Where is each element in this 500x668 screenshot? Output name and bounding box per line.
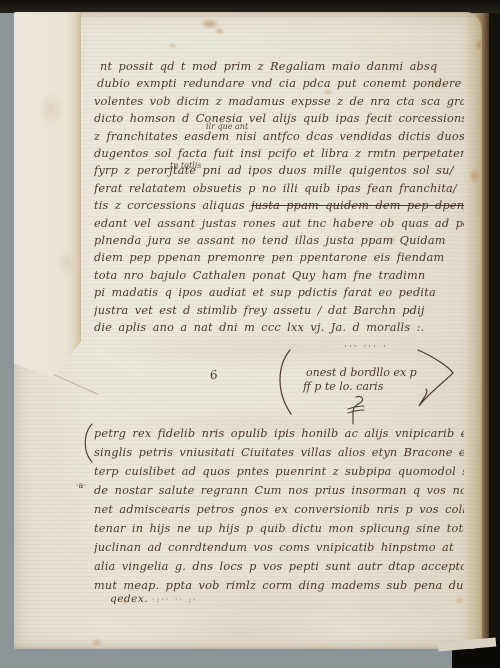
manuscript-line: juclinan ad conrdtendum vos coms vnipica… xyxy=(94,538,464,557)
signature-line-1: onest d bordllo ex p xyxy=(306,366,417,379)
manuscript-line: terp cuislibet ad quos pntes puenrint z … xyxy=(94,462,464,481)
manuscript-line: alia vingelia g. dns locs p vos pepti su… xyxy=(94,557,464,576)
manuscript-line: de nostar salute regrann Cum nos prius i… xyxy=(94,481,464,500)
manuscript-line: tota nro bajulo Cathalen ponat Quy ham f… xyxy=(94,267,464,284)
page-edge-toning xyxy=(14,12,481,19)
manuscript-line: diem pep ppenan premonre pen ppentarone … xyxy=(94,249,464,266)
foxing-spot xyxy=(474,38,482,52)
foxing-spot xyxy=(468,168,481,184)
struck-through-text: justa ppam quidem dem pep dpen xyxy=(251,199,464,212)
water-stain xyxy=(38,92,64,126)
manuscript-line: pi madatis q ipos audiat et sup pdictis … xyxy=(94,284,464,301)
binding-board-right xyxy=(489,0,500,668)
manuscript-page: nt possit qd t mod prim z Regaliam maio … xyxy=(14,12,482,649)
foxing-spot xyxy=(454,596,465,605)
interlinear-note: ilr que ant xyxy=(206,122,248,131)
manuscript-line: plnenda jura se assant no tend illas jus… xyxy=(94,232,464,249)
marginal-note: ·a· xyxy=(76,481,86,490)
manuscript-line: justra vet est d stimlib frey assetu / d… xyxy=(94,302,464,319)
manuscript-line: nt possit qd t mod prim z Regaliam maio … xyxy=(94,58,464,75)
manuscript-line: dicto homson d Conesia vel alijs quib ip… xyxy=(94,110,464,127)
photo-of-manuscript: { "manuscript": { "block1": { "lines": [… xyxy=(0,0,500,668)
manuscript-line: petrg rex fidelib nris opulib ipis honil… xyxy=(94,424,464,443)
foxing-spot xyxy=(214,27,225,35)
interlinear-note: tn totlis xyxy=(170,161,201,170)
manuscript-line: tis z corcessions aliquas justa ppam qui… xyxy=(94,197,464,214)
foxing-spot xyxy=(298,644,344,649)
underleaf-edge xyxy=(14,12,81,378)
manuscript-line: edant vel assant justas rones aut tnc ha… xyxy=(94,215,464,232)
foxing-spot xyxy=(168,42,177,49)
manuscript-line: z franchitates easdem nisi antfco dcas v… xyxy=(94,128,464,145)
right-bracket-mark xyxy=(414,346,458,410)
text-block-1: nt possit qd t mod prim z Regaliam maio … xyxy=(94,58,464,337)
manuscript-line: net admiscearis petros gnos ex conversio… xyxy=(94,500,464,519)
manuscript-line: fyrp z perorjtate pni ad ipos duos mille… xyxy=(94,162,464,179)
text-block-2: petrg rex fidelib nris opulib ipis honil… xyxy=(94,424,464,595)
left-paren-mark xyxy=(272,348,294,416)
opening-paren-mark xyxy=(80,422,94,464)
ink-speckles: ·:·· ·· :· xyxy=(152,595,198,604)
dotted-mark: ··· ··· · xyxy=(344,342,388,352)
page-crease xyxy=(54,374,98,394)
paraph-mark xyxy=(344,394,368,426)
signature-line-2: ff p te lo. caris xyxy=(303,380,383,393)
manuscript-line: die aplis ano a nat dni m ccc lxx vj. Ja… xyxy=(94,319,464,336)
closing-line: qedex. ·:·· ·· :· xyxy=(110,593,198,605)
foxing-spot xyxy=(90,638,104,647)
closing-word: qedex. xyxy=(110,593,148,605)
manuscript-line: volentes vob dicim z madamus expsse z de… xyxy=(94,93,464,110)
manuscript-line: dubio exmpti redundare vnd cia pdca put … xyxy=(94,75,464,92)
manuscript-line: ferat relatatem obsuetis p no illi quib … xyxy=(94,180,464,197)
manuscript-line: singlis petris vniusitati Ciuitates vill… xyxy=(94,443,464,462)
manuscript-line: dugentos sol facta fuit insi pcifo et li… xyxy=(94,145,464,162)
manuscript-line: tenar in hijs ne up hijs p quib dictu mo… xyxy=(94,519,464,538)
water-stain xyxy=(58,248,76,276)
